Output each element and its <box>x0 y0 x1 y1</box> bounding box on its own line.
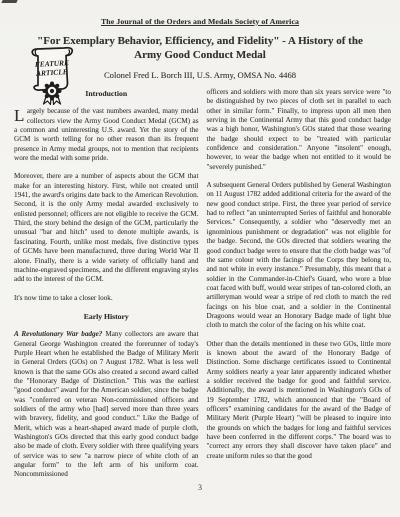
intro-paragraph-1: Largely because of the vast numbers awar… <box>14 107 199 163</box>
section-heading-early-history: Early History <box>14 312 199 321</box>
early-history-paragraph-1: A Revolutionary War badge? Many collecto… <box>14 330 199 480</box>
intro-paragraph-2: Moreover, there are a number of aspects … <box>14 172 199 284</box>
article-title: "For Exemplary Behavior, Efficiency, and… <box>28 35 372 62</box>
feature-badge-line2: ARTICLE <box>35 67 68 78</box>
journal-page: The Journal of the Orders and Medals Soc… <box>0 0 400 517</box>
journal-header-text: The Journal of the Orders and Medals Soc… <box>101 17 299 26</box>
intro-paragraph-1-text: argely because of the vast numbers award… <box>14 107 199 162</box>
article-body: Introduction Largely because of the vast… <box>14 88 391 489</box>
scan-artifact <box>1 0 17 3</box>
left-column: Introduction Largely because of the vast… <box>14 88 199 489</box>
section-heading-introduction: Introduction <box>14 89 199 98</box>
page-number: 3 <box>0 483 400 492</box>
journal-header: The Journal of the Orders and Medals Soc… <box>0 17 400 26</box>
drop-cap: L <box>14 107 27 123</box>
early-history-paragraph-1-text: Many collectors are aware that General G… <box>14 330 199 478</box>
right-column-paragraph-3: Other than the details mentioned in thes… <box>207 340 392 461</box>
right-column: officers and soldiers with more than six… <box>207 88 392 489</box>
intro-paragraph-3: It's now time to take a closer look. <box>14 294 199 303</box>
right-column-paragraph-2: A subsequent General Orders published by… <box>207 181 392 331</box>
right-column-paragraph-1: officers and soldiers with more than six… <box>207 88 392 172</box>
paragraph-lead-in: A Revolutionary War badge? <box>14 330 102 338</box>
